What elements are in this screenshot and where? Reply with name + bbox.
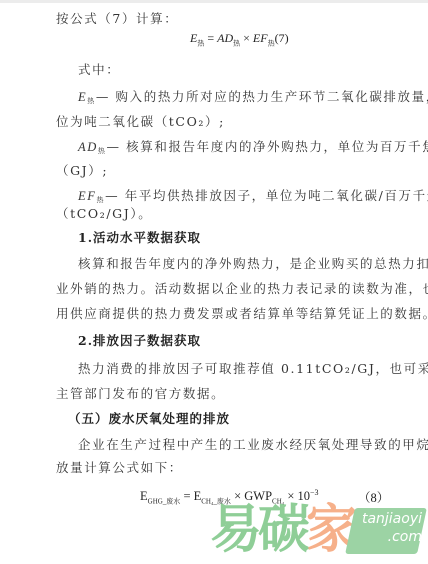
definition-ef-symbol-sub: 热 <box>96 196 105 204</box>
watermark-logo: 易 碳 家 tanjiaoyi .com <box>210 500 428 560</box>
formula-8-term3-sup: −3 <box>310 488 319 497</box>
section-1-para-line1: 核算和报告年度内的净外购热力，是企业购买的总热力扣减企 <box>78 255 428 273</box>
definition-ad-line2: （GJ）; <box>56 162 108 180</box>
intro-text: 按公式（7）计算： <box>56 10 178 28</box>
watermark-tld: .com <box>356 528 422 546</box>
watermark-badge-text: tanjiaoyi .com <box>356 510 422 546</box>
definition-ef-symbol: EF <box>78 189 96 203</box>
top-border <box>0 0 428 3</box>
formula-7-term2-sub: 热 <box>268 39 275 47</box>
formula-7: E热 = AD热 × EF热(7) <box>190 31 289 48</box>
section-2-para-line1: 热力消费的排放因子可取推荐值 0.11tCO₂/GJ，也可采用政府 <box>78 360 428 378</box>
definition-ad: AD热— 核算和报告年度内的净外购热力，单位为百万千焦 <box>78 138 428 160</box>
definition-e-text: — 购入的热力所对应的热力生产环节二氧化碳排放量，单 <box>96 89 428 104</box>
definition-ad-symbol: AD <box>78 140 98 154</box>
where-label: 式中： <box>78 61 120 79</box>
formula-7-eq: = <box>204 31 217 45</box>
formula-8-lhs-sub: GHG_废水 <box>148 498 181 506</box>
section-5-heading: （五）废水厌氧处理的排放 <box>68 410 230 428</box>
definition-ef-text: — 年平均供热排放因子，单位为吨二氧化碳/百万千焦 <box>105 188 428 203</box>
formula-7-term2: EF <box>253 31 268 45</box>
definition-e: E热— 购入的热力所对应的热力生产环节二氧化碳排放量，单 <box>78 88 428 110</box>
watermark-char-tan: 碳 <box>258 500 310 560</box>
section-2-heading: 2.排放因子数据获取 <box>78 332 201 350</box>
section-1-heading: 1.活动水平数据获取 <box>78 229 201 247</box>
section-2-para-line2: 主管部门发布的官方数据。 <box>56 385 225 403</box>
watermark-char-yi: 易 <box>210 500 262 560</box>
definition-e-symbol-sub: 热 <box>87 97 96 105</box>
section-5-para-line1: 企业在生产过程中产生的工业废水经厌氧处理导致的甲烷排 <box>78 436 428 454</box>
formula-8-eq: = <box>180 489 193 503</box>
formula-7-term1: AD <box>217 31 233 45</box>
definition-e-line2: 位为吨二氧化碳（tCO₂）; <box>56 113 225 131</box>
formula-7-number: (7) <box>275 31 289 45</box>
section-5-para-line2: 放量计算公式如下： <box>56 459 183 477</box>
formula-8-lhs: E <box>140 489 148 503</box>
section-1-para-line2: 业外销的热力。活动数据以企业的热力表记录的读数为准，也可采 <box>56 280 428 298</box>
definition-e-symbol: E <box>78 90 87 104</box>
definition-ef-line2: （tCO₂/GJ）。 <box>56 205 152 223</box>
formula-7-times: × <box>240 31 253 45</box>
watermark-domain: tanjiaoyi <box>356 510 422 528</box>
section-1-para-line3: 用供应商提供的热力费发票或者结算单等结算凭证上的数据。 <box>56 305 428 323</box>
definition-ad-text: — 核算和报告年度内的净外购热力，单位为百万千焦 <box>106 139 428 154</box>
